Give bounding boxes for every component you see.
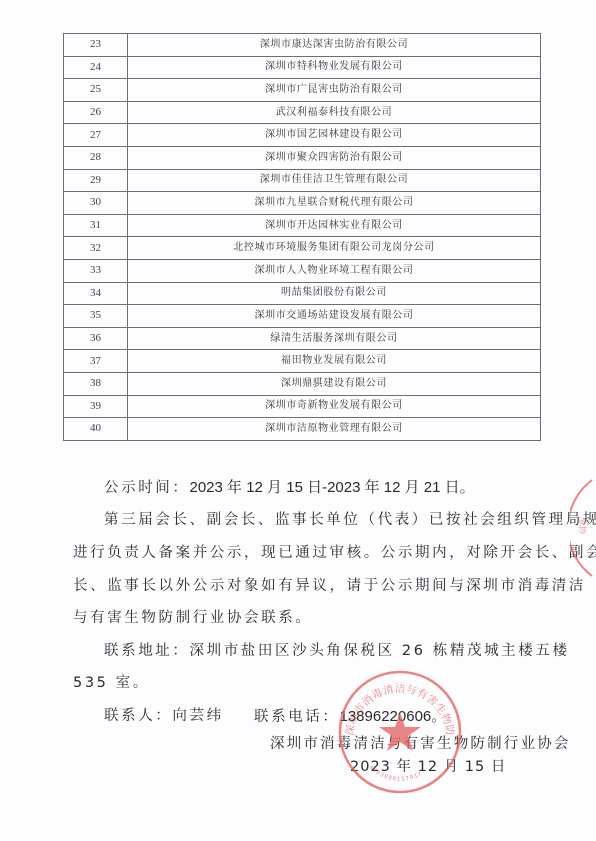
table-row: 35深圳市交通场站建设发展有限公司 xyxy=(64,305,541,328)
row-number: 36 xyxy=(64,327,128,350)
table-row: 37福田物业发展有限公司 xyxy=(64,350,541,373)
address-line-2: 535 室。 xyxy=(73,676,533,691)
table-row: 26武汉利福泰科技有限公司 xyxy=(64,101,541,124)
table-row: 33深圳市人人物业环境工程有限公司 xyxy=(64,259,541,282)
table-row: 25深圳市广昆害虫防治有限公司 xyxy=(64,79,541,102)
table-row: 32北控城市环境服务集团有限公司龙岗分公司 xyxy=(64,237,541,260)
company-name: 深圳市特科物业发展有限公司 xyxy=(128,56,541,79)
row-number: 39 xyxy=(64,395,128,418)
contact-name: 向芸纬 xyxy=(172,708,223,724)
table-row: 29深圳市佳佳洁卫生管理有限公司 xyxy=(64,169,541,192)
contact-phone: 联系电话：13896220606。 xyxy=(254,709,596,725)
company-name: 深圳鼎骐建设有限公司 xyxy=(128,372,541,395)
company-name: 深圳市国艺园林建设有限公司 xyxy=(128,124,541,147)
document-page: 23深圳市康达深害虫防治有限公司24深圳市特科物业发展有限公司25深圳市广昆害虫… xyxy=(0,0,596,841)
row-number: 35 xyxy=(64,305,128,328)
row-number: 33 xyxy=(64,259,128,282)
row-number: 40 xyxy=(64,418,128,441)
table-row: 28深圳市聚众四害防治有限公司 xyxy=(64,146,541,169)
row-number: 25 xyxy=(64,79,128,102)
address-label: 联系地址： xyxy=(104,643,190,659)
table-row: 36绿清生活服务深圳有限公司 xyxy=(64,327,541,350)
contact-label: 联系人： xyxy=(104,708,172,724)
edge-seal-icon: 业协 xyxy=(570,478,596,578)
notice-period: 公示时间：2023 年 12 月 15 日-2023 年 12 月 21 日。 xyxy=(104,480,564,496)
company-name: 深圳市九星联合财税代理有限公司 xyxy=(128,192,541,215)
row-number: 27 xyxy=(64,124,128,147)
table-row: 40深圳市洁原物业管理有限公司 xyxy=(64,418,541,441)
company-name: 深圳市聚众四害防治有限公司 xyxy=(128,146,541,169)
phone-label: 联系电话： xyxy=(254,709,340,725)
row-number: 28 xyxy=(64,146,128,169)
table-row: 27深圳市国艺园林建设有限公司 xyxy=(64,124,541,147)
row-number: 30 xyxy=(64,192,128,215)
contact-address: 联系地址：深圳市盐田区沙头角保税区 26 栋精茂城主楼五楼 xyxy=(104,644,564,659)
company-name: 深圳市开达园林实业有限公司 xyxy=(128,214,541,237)
body-line-2: 进行负责人备案并公示，现已通过审核。公示期内，对除开会长、副会 xyxy=(73,546,533,561)
phone-value: 13896220606。 xyxy=(340,708,447,725)
member-table: 23深圳市康达深害虫防治有限公司24深圳市特科物业发展有限公司25深圳市广昆害虫… xyxy=(63,33,541,441)
signature-date: 2023 年 12 月 15 日 xyxy=(350,760,506,775)
table-row: 38深圳鼎骐建设有限公司 xyxy=(64,372,541,395)
notice-period-label: 公示时间： xyxy=(104,480,190,496)
body-line-4: 与有害生物防制行业协会联系。 xyxy=(73,611,533,626)
company-name: 深圳市交通场站建设发展有限公司 xyxy=(128,305,541,328)
row-number: 24 xyxy=(64,56,128,79)
notice-period-value: 2023 年 12 月 15 日-2023 年 12 月 21 日。 xyxy=(190,479,475,496)
address-value: 深圳市盐田区沙头角保税区 26 栋精茂城主楼五楼 xyxy=(190,643,570,659)
company-name: 深圳市广昆害虫防治有限公司 xyxy=(128,79,541,102)
table-row: 31深圳市开达园林实业有限公司 xyxy=(64,214,541,237)
row-number: 31 xyxy=(64,214,128,237)
company-name: 福田物业发展有限公司 xyxy=(128,350,541,373)
company-name: 绿清生活服务深圳有限公司 xyxy=(128,327,541,350)
table-row: 39深圳市奇新物业发展有限公司 xyxy=(64,395,541,418)
row-number: 37 xyxy=(64,350,128,373)
company-name: 深圳市人人物业环境工程有限公司 xyxy=(128,259,541,282)
table-row: 30深圳市九星联合财税代理有限公司 xyxy=(64,192,541,215)
company-name: 深圳市佳佳洁卫生管理有限公司 xyxy=(128,169,541,192)
signature-organization: 深圳市消毒清洁与有害生物防制行业协会 xyxy=(270,737,571,752)
row-number: 26 xyxy=(64,101,128,124)
table-row: 24深圳市特科物业发展有限公司 xyxy=(64,56,541,79)
row-number: 29 xyxy=(64,169,128,192)
company-name: 明喆集团股份有限公司 xyxy=(128,282,541,305)
company-name: 武汉利福泰科技有限公司 xyxy=(128,101,541,124)
table-row: 34明喆集团股份有限公司 xyxy=(64,282,541,305)
table-row: 23深圳市康达深害虫防治有限公司 xyxy=(64,34,541,57)
row-number: 32 xyxy=(64,237,128,260)
company-name: 深圳市奇新物业发展有限公司 xyxy=(128,395,541,418)
company-name: 深圳市康达深害虫防治有限公司 xyxy=(128,34,541,57)
row-number: 23 xyxy=(64,34,128,57)
body-line-1: 第三届会长、副会长、监事长单位（代表）已按社会组织管理局规定 xyxy=(104,513,564,528)
row-number: 38 xyxy=(64,372,128,395)
body-line-3: 长、监事长以外公示对象如有异议，请于公示期间与深圳市消毒清洁 xyxy=(73,579,533,594)
company-name: 北控城市环境服务集团有限公司龙岗分公司 xyxy=(128,237,541,260)
company-name: 深圳市洁原物业管理有限公司 xyxy=(128,418,541,441)
row-number: 34 xyxy=(64,282,128,305)
